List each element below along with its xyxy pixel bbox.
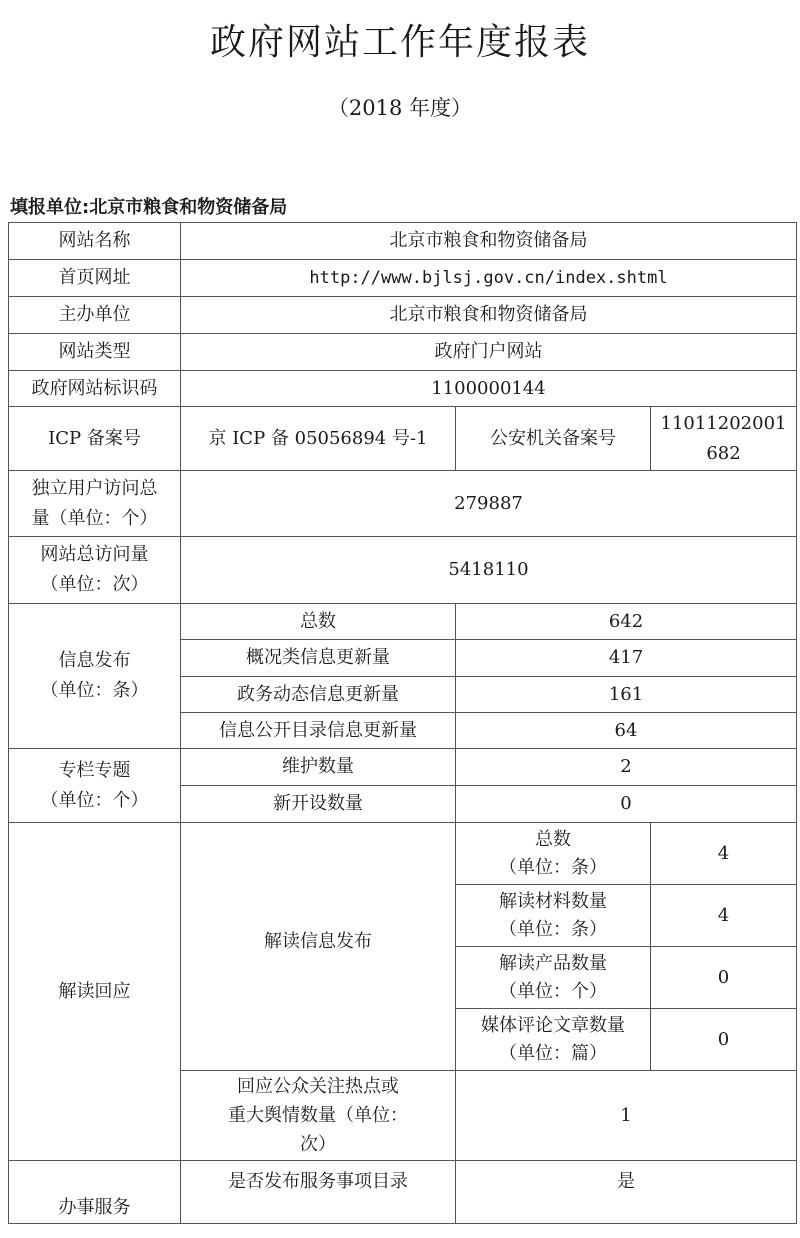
filler-unit: 填报单位:北京市粮食和物资储备局: [10, 193, 287, 219]
homepage-url-value[interactable]: http://www.bjlsj.gov.cn/index.shtml: [180, 259, 797, 297]
icp-label: ICP 备案号: [8, 406, 181, 471]
info-publish-row-label: 政务动态信息更新量: [180, 676, 456, 713]
response-count-value: 1: [455, 1070, 797, 1161]
unique-users-value: 279887: [180, 470, 797, 537]
services-label: 办事服务: [8, 1160, 181, 1224]
special-columns-row-value: 2: [455, 748, 797, 786]
site-id-label: 政府网站标识码: [8, 370, 181, 407]
interpretation-row-value: 4: [650, 884, 797, 947]
interpretation-publish-label: 解读信息发布: [180, 822, 456, 1071]
info-publish-label: 信息发布 （单位：条）: [8, 603, 181, 749]
info-publish-row-label: 概况类信息更新量: [180, 639, 456, 677]
interpretation-row-label: 解读材料数量 （单位：条）: [455, 884, 651, 947]
info-publish-row-value: 161: [455, 676, 797, 713]
interpretation-row-label: 解读产品数量 （单位：个）: [455, 946, 651, 1009]
response-count-label: 回应公众关注热点或 重大舆情数量（单位： 次）: [180, 1070, 456, 1161]
special-columns-label: 专栏专题 （单位：个）: [8, 748, 181, 823]
info-publish-row-value: 417: [455, 639, 797, 677]
unique-users-label: 独立用户访问总 量（单位：个）: [8, 470, 181, 537]
site-type-value: 政府门户网站: [180, 333, 797, 371]
interpretation-row-value: 4: [650, 822, 797, 885]
info-publish-row-value: 64: [455, 712, 797, 749]
site-name-value: 北京市粮食和物资储备局: [180, 222, 797, 260]
sponsor-value: 北京市粮食和物资储备局: [180, 296, 797, 334]
total-visits-value: 5418110: [180, 536, 797, 604]
site-name-label: 网站名称: [8, 222, 181, 260]
interpretation-row-value: 0: [650, 1008, 797, 1071]
total-visits-label: 网站总访问量 （单位：次）: [8, 536, 181, 604]
services-row-value: 是: [455, 1160, 797, 1224]
police-record-value: 11011202001 682: [650, 406, 797, 471]
special-columns-row-label: 新开设数量: [180, 785, 456, 823]
page-title: 政府网站工作年度报表: [0, 14, 800, 65]
police-record-label: 公安机关备案号: [455, 406, 651, 471]
info-publish-row-value: 642: [455, 603, 797, 640]
site-type-label: 网站类型: [8, 333, 181, 371]
report-year: （2018 年度）: [0, 92, 800, 122]
special-columns-row-label: 维护数量: [180, 748, 456, 786]
info-publish-row-label: 总数: [180, 603, 456, 640]
interpretation-row-label: 媒体评论文章数量 （单位：篇）: [455, 1008, 651, 1071]
homepage-url-label: 首页网址: [8, 259, 181, 297]
sponsor-label: 主办单位: [8, 296, 181, 334]
interpretation-row-value: 0: [650, 946, 797, 1009]
special-columns-row-value: 0: [455, 785, 797, 823]
services-row-label: 是否发布服务事项目录: [180, 1160, 456, 1224]
interpretation-label: 解读回应: [8, 822, 181, 1161]
info-publish-row-label: 信息公开目录信息更新量: [180, 712, 456, 749]
interpretation-row-label: 总数 （单位：条）: [455, 822, 651, 885]
site-id-value: 1100000144: [180, 370, 797, 407]
icp-value: 京 ICP 备 05056894 号-1: [180, 406, 456, 471]
